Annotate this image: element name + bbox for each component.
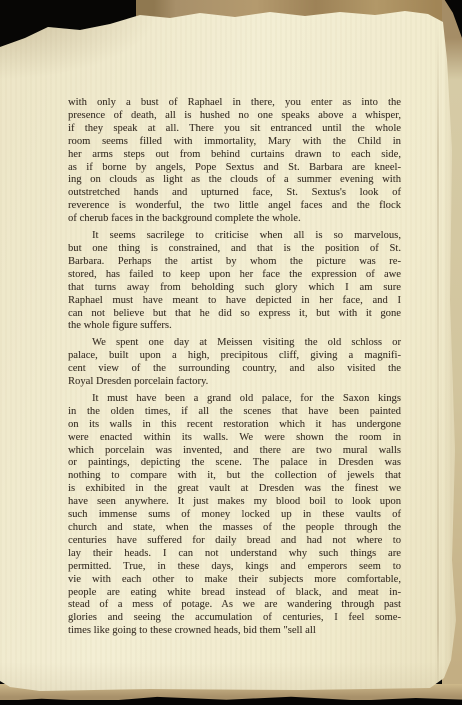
text-line: glories and seeing the accumulation of c… — [68, 612, 401, 625]
text-line: times like going to these crowned heads,… — [68, 625, 401, 638]
text-line: It seems sacrilege to criticise when all… — [68, 230, 401, 243]
paragraph: It seems sacrilege to criticise when all… — [68, 230, 401, 333]
text-line: if they speak at all. There you sit entr… — [68, 123, 401, 136]
text-line: people are eating white bread instead of… — [68, 587, 401, 600]
text-line: which porcelain was invented, and there … — [68, 445, 401, 458]
text-line: Royal Dresden porcelain factory. — [68, 376, 401, 389]
text-line: church and state, when the masses of the… — [68, 522, 401, 535]
text-line: reverence is wonderful, the two little a… — [68, 200, 401, 213]
text-line: Raphael must have meant to have depicted… — [68, 295, 401, 308]
text-line: with only a bust of Raphael in there, yo… — [68, 97, 401, 110]
text-line: on its walls in this recent restoration … — [68, 419, 401, 432]
text-line: can not believe but that he did so expre… — [68, 308, 401, 321]
text-line: of cherub faces in the background comple… — [68, 213, 401, 226]
text-line: the whole figure suffers. — [68, 320, 401, 333]
book-page: with only a bust of Raphael in there, yo… — [0, 10, 458, 694]
text-line: stead of a mess of potage. As we are wan… — [68, 599, 401, 612]
text-line: but one thing is constrained, and that i… — [68, 243, 401, 256]
text-line: Barbara. Perhaps the artist by whom the … — [68, 256, 401, 269]
text-line: that turns away from beholding such glor… — [68, 282, 401, 295]
text-line: stored, has failed to keep upon her face… — [68, 269, 401, 282]
text-line: room seems filled with immortality, Mary… — [68, 136, 401, 149]
text-line: lay their heads. I can not understand wh… — [68, 548, 401, 561]
text-line: such immense sums of money locked up in … — [68, 509, 401, 522]
text-line: have seen anywhere. It just makes my blo… — [68, 496, 401, 509]
text-line: permitted. True, in these days, kings an… — [68, 561, 401, 574]
text-line: palace, built upon a high, precipitous c… — [68, 350, 401, 363]
text-line: We spent one day at Meissen visiting the… — [68, 337, 401, 350]
text-line: It must have been a grand old palace, fo… — [68, 393, 401, 406]
paragraph: We spent one day at Meissen visiting the… — [68, 337, 401, 389]
text-line: ing on clouds as light as the clouds of … — [68, 174, 401, 187]
text-line: presence of death, all is hushed no one … — [68, 110, 401, 123]
text-line: her arms steps out from behind curtains … — [68, 149, 401, 162]
text-line: centuries have suffered for daily bread … — [68, 535, 401, 548]
text-line: cent view of the surrounding country, an… — [68, 363, 401, 376]
paragraph: with only a bust of Raphael in there, yo… — [68, 97, 401, 226]
text-line: or paintings, depicting the scene. The p… — [68, 457, 401, 470]
text-line: in the olden times, if all the scenes th… — [68, 406, 401, 419]
text-line: is exhibited in the great vault at Dresd… — [68, 483, 401, 496]
page-text: with only a bust of Raphael in there, yo… — [68, 97, 401, 642]
paragraph: It must have been a grand old palace, fo… — [68, 393, 401, 638]
text-line: as if borne by angels, Pope Sextus and S… — [68, 162, 401, 175]
text-line: outstretched hands and upturned face, St… — [68, 187, 401, 200]
text-line: were enacted within its walls. We were s… — [68, 432, 401, 445]
text-line: vie with each other to make their subjec… — [68, 574, 401, 587]
text-line: nothing to compare with it, but the coll… — [68, 470, 401, 483]
page-crease — [437, 18, 439, 682]
scanned-page-photo: with only a bust of Raphael in there, yo… — [0, 0, 462, 705]
torn-corner-shading — [0, 10, 160, 80]
